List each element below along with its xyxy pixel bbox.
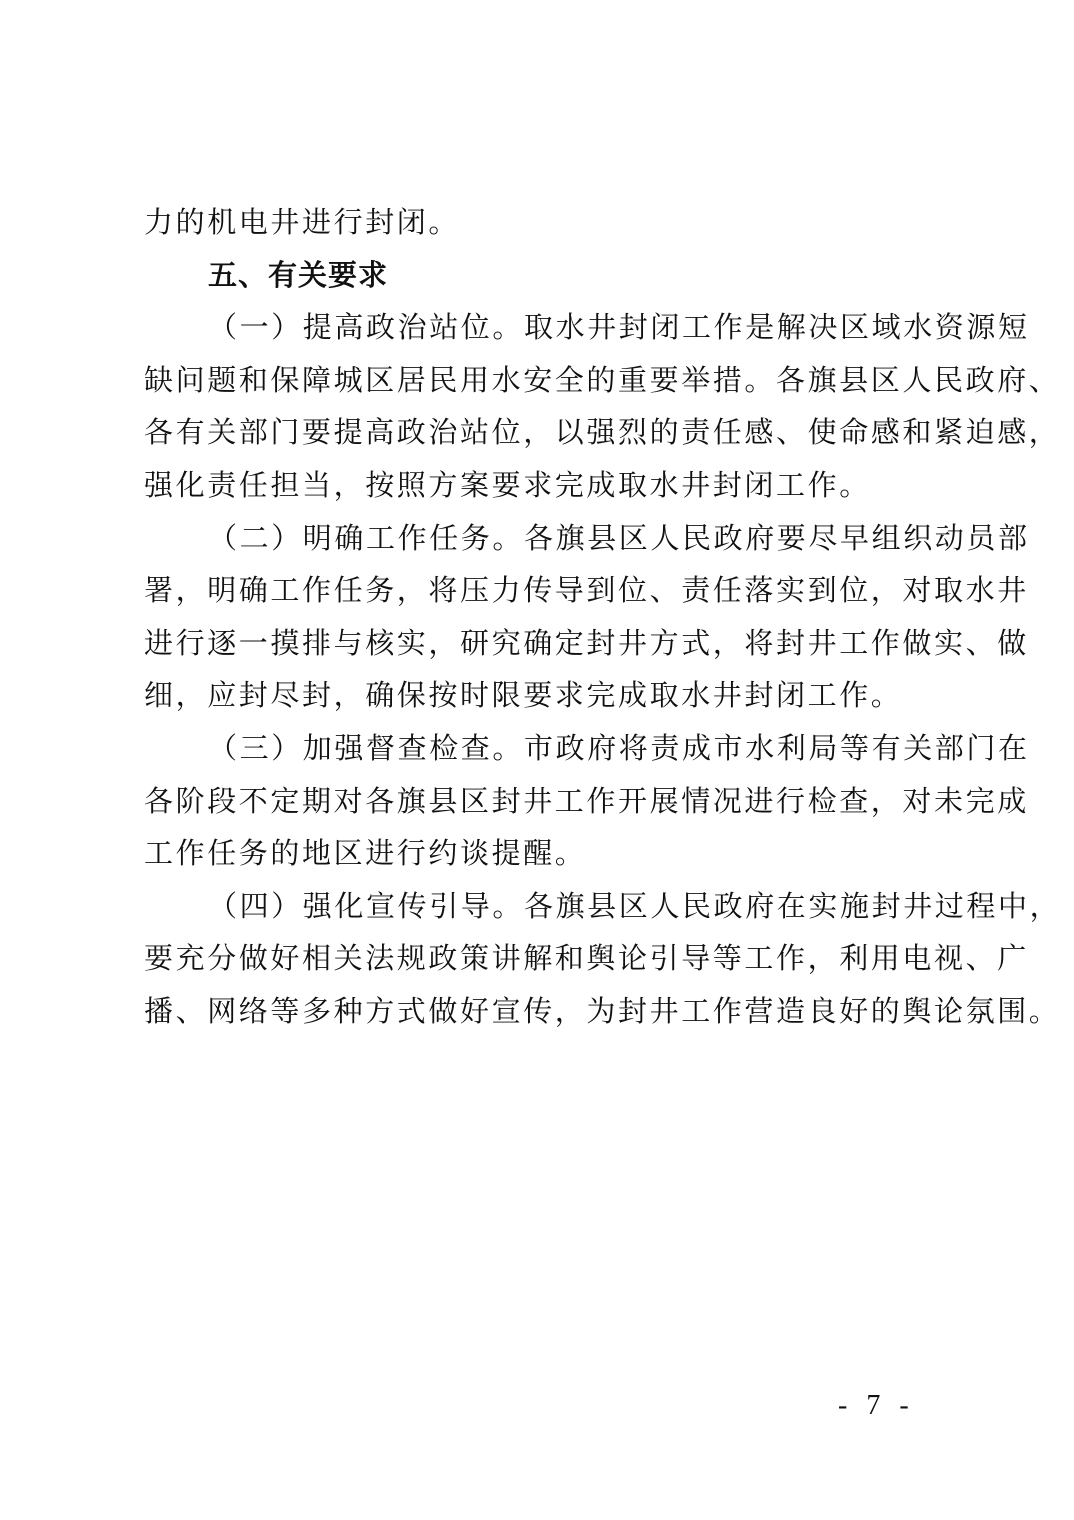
document-body: 力的机电井进行封闭。 五、有关要求 （一）提高政治站位。取水井封闭工作是解决区域… [144,196,942,1038]
paragraph-line: 进行逐一摸排与核实，研究确定封井方式，将封井工作做实、做 [144,617,942,670]
paragraph-line: 缺问题和保障城区居民用水安全的重要举措。各旗县区人民政府、 [144,354,942,407]
paragraph-line: （四）强化宣传引导。各旗县区人民政府在实施封井过程中， [144,880,942,933]
paragraph-line: 细，应封尽封，确保按时限要求完成取水井封闭工作。 [144,669,942,722]
paragraph-line: 各有关部门要提高政治站位，以强烈的责任感、使命感和紧迫感， [144,406,942,459]
paragraph-line: 播、网络等多种方式做好宣传，为封井工作营造良好的舆论氛围。 [144,985,942,1038]
paragraph-line: （二）明确工作任务。各旗县区人民政府要尽早组织动员部 [144,512,942,565]
paragraph-line: （一）提高政治站位。取水井封闭工作是解决区域水资源短 [144,301,942,354]
paragraph-line: 要充分做好相关法规政策讲解和舆论引导等工作，利用电视、广 [144,932,942,985]
section-heading: 五、有关要求 [144,249,942,302]
paragraph-line: 强化责任担当，按照方案要求完成取水井封闭工作。 [144,459,942,512]
paragraph-line: 各阶段不定期对各旗县区封井工作开展情况进行检查，对未完成 [144,775,942,828]
document-page: 力的机电井进行封闭。 五、有关要求 （一）提高政治站位。取水井封闭工作是解决区域… [0,0,1074,1520]
paragraph-line: （三）加强督查检查。市政府将责成市水利局等有关部门在 [144,722,942,775]
paragraph-line: 力的机电井进行封闭。 [144,196,942,249]
paragraph-line: 工作任务的地区进行约谈提醒。 [144,827,942,880]
paragraph-line: 署，明确工作任务，将压力传导到位、责任落实到位，对取水井 [144,564,942,617]
page-number: - 7 - [838,1390,915,1422]
